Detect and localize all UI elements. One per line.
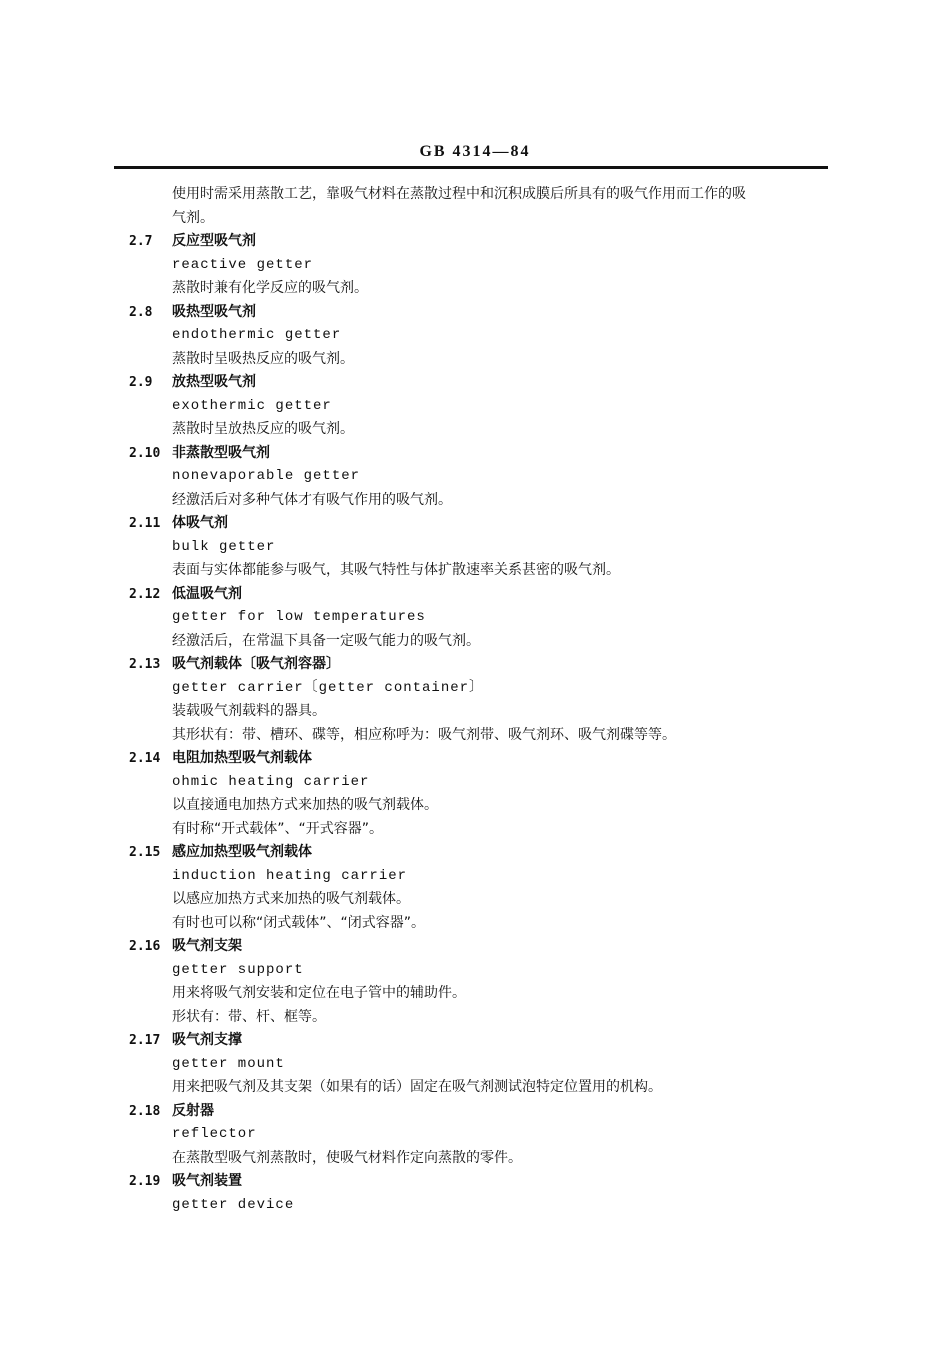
- term-chinese: 放热型吸气剂: [172, 371, 256, 395]
- term-chinese: 非蒸散型吸气剂: [172, 442, 270, 466]
- document-header-title: GB 4314—84: [0, 143, 950, 161]
- term-english: reflector: [172, 1123, 257, 1147]
- term-english: ohmic heating carrier: [172, 771, 369, 795]
- intro-line: 使用时需采用蒸散工艺，靠吸气材料在蒸散过程中和沉积成膜后所具有的吸气作用而工作的…: [172, 183, 746, 207]
- term-definition: 经激活后，在常温下具备一定吸气能力的吸气剂。: [172, 630, 480, 654]
- term-chinese: 低温吸气剂: [172, 583, 242, 607]
- term-english: getter for low temperatures: [172, 606, 426, 630]
- term-chinese: 吸气剂装置: [172, 1170, 242, 1194]
- term-number: 2.15: [129, 841, 160, 865]
- term-chinese: 吸气剂支架: [172, 935, 242, 959]
- term-definition: 经激活后对多种气体才有吸气作用的吸气剂。: [172, 489, 452, 513]
- term-definition: 有时也可以称“闭式载体”、“闭式容器”。: [172, 912, 425, 936]
- term-definition: 蒸散时兼有化学反应的吸气剂。: [172, 277, 368, 301]
- term-chinese: 感应加热型吸气剂载体: [172, 841, 312, 865]
- term-number: 2.16: [129, 935, 160, 959]
- term-number: 2.12: [129, 583, 160, 607]
- term-chinese: 电阻加热型吸气剂载体: [172, 747, 312, 771]
- term-english: endothermic getter: [172, 324, 341, 348]
- intro-line: 气剂。: [172, 207, 214, 231]
- term-definition: 形状有：带、杆、框等。: [172, 1006, 326, 1030]
- term-definition: 其形状有：带、槽环、碟等，相应称呼为：吸气剂带、吸气剂环、吸气剂碟等等。: [172, 724, 676, 748]
- header-rule: [114, 166, 828, 169]
- term-definition: 用来把吸气剂及其支架（如果有的话）固定在吸气剂测试泡特定位置用的机构。: [172, 1076, 662, 1100]
- term-definition: 用来将吸气剂安装和定位在电子管中的辅助件。: [172, 982, 466, 1006]
- term-number: 2.11: [129, 512, 160, 536]
- term-english: bulk getter: [172, 536, 275, 560]
- term-chinese: 反应型吸气剂: [172, 230, 256, 254]
- term-chinese: 吸气剂载体〔吸气剂容器〕: [172, 653, 340, 677]
- term-english: getter support: [172, 959, 304, 983]
- term-definition: 以感应加热方式来加热的吸气剂载体。: [172, 888, 410, 912]
- term-english: induction heating carrier: [172, 865, 407, 889]
- term-number: 2.14: [129, 747, 160, 771]
- term-number: 2.8: [129, 301, 152, 325]
- term-chinese: 吸气剂支撑: [172, 1029, 242, 1053]
- term-english: getter carrier〔getter container〕: [172, 677, 484, 701]
- term-definition: 装载吸气剂载料的器具。: [172, 700, 326, 724]
- term-chinese: 体吸气剂: [172, 512, 228, 536]
- term-number: 2.18: [129, 1100, 160, 1124]
- term-number: 2.13: [129, 653, 160, 677]
- term-number: 2.17: [129, 1029, 160, 1053]
- term-chinese: 反射器: [172, 1100, 214, 1124]
- term-number: 2.19: [129, 1170, 160, 1194]
- term-english: getter device: [172, 1194, 294, 1218]
- term-chinese: 吸热型吸气剂: [172, 301, 256, 325]
- term-english: nonevaporable getter: [172, 465, 360, 489]
- term-number: 2.9: [129, 371, 152, 395]
- term-number: 2.10: [129, 442, 160, 466]
- term-definition: 以直接通电加热方式来加热的吸气剂载体。: [172, 794, 438, 818]
- term-definition: 蒸散时呈放热反应的吸气剂。: [172, 418, 354, 442]
- term-definition: 表面与实体都能参与吸气，其吸气特性与体扩散速率关系甚密的吸气剂。: [172, 559, 620, 583]
- term-english: exothermic getter: [172, 395, 332, 419]
- term-english: reactive getter: [172, 254, 313, 278]
- term-definition: 有时称“开式载体”、“开式容器”。: [172, 818, 383, 842]
- term-english: getter mount: [172, 1053, 285, 1077]
- term-definition: 在蒸散型吸气剂蒸散时，使吸气材料作定向蒸散的零件。: [172, 1147, 522, 1171]
- term-number: 2.7: [129, 230, 152, 254]
- term-definition: 蒸散时呈吸热反应的吸气剂。: [172, 348, 354, 372]
